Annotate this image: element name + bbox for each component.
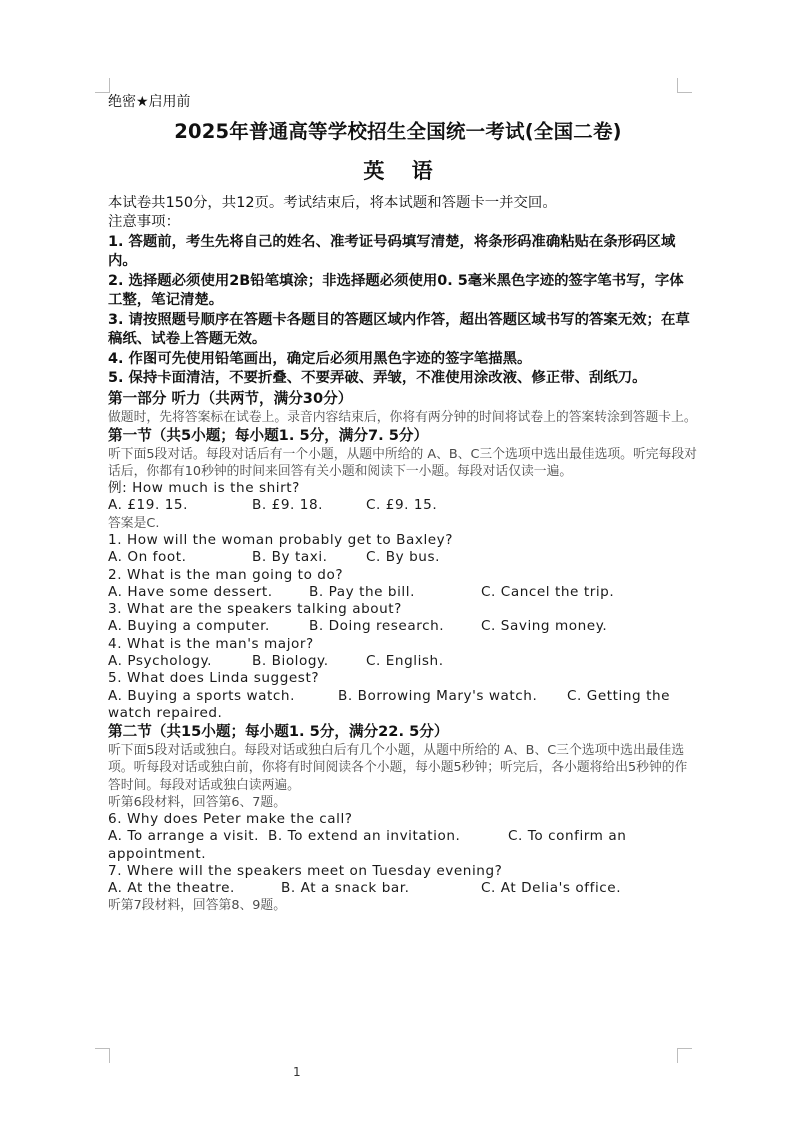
option-b: B. At a snack bar. (281, 880, 481, 897)
option-b: B. To extend an invitation. (268, 828, 508, 845)
material-6-label: 听第6段材料，回答第6、7题。 (108, 794, 698, 811)
option-a: A. Psychology. (108, 653, 252, 670)
option-c: C. At Delia's office. (481, 880, 621, 897)
option-a: A. Buying a sports watch. (108, 688, 338, 705)
question-2: 2. What is the man going to do? (108, 567, 698, 584)
section2-heading: 第二节（共15小题；每小题1. 5分，满分22. 5分） (108, 722, 698, 742)
option-a: A. On foot. (108, 549, 252, 566)
option-c: C. To confirm an (508, 828, 626, 845)
note-item: 3. 请按照题号顺序在答题卡各题目的答题区域内作答，超出答题区域书写的答案无效；… (108, 311, 698, 350)
question-5: 5. What does Linda suggest? (108, 670, 698, 687)
question-3: 3. What are the speakers talking about? (108, 601, 698, 618)
option-b: B. By taxi. (252, 549, 366, 566)
exam-title: 2025年普通高等学校招生全国统一考试(全国二卷) (98, 118, 698, 146)
option-b: B. Biology. (252, 653, 366, 670)
option-b: B. Doing research. (309, 618, 481, 635)
crop-mark-top-left (95, 78, 110, 93)
question-6: 6. Why does Peter make the call? (108, 811, 698, 828)
section1-heading: 第一节（共5小题；每小题1. 5分，满分7. 5分） (108, 426, 698, 446)
notes-heading: 注意事项： (108, 213, 698, 233)
part1-instructions: 做题时，先将答案标在试卷上。录音内容结束后，你将有两分钟的时间将试卷上的答案转涂… (108, 409, 698, 426)
option-b: B. Borrowing Mary's watch. (338, 688, 567, 705)
crop-mark-bottom-right (677, 1048, 692, 1063)
option-a: A. £19. 15. (108, 497, 252, 514)
question-5-continuation: watch repaired. (108, 705, 698, 722)
note-item: 2. 选择题必须使用2B铅笔填涂；非选择题必须使用0. 5毫米黑色字迹的签字笔书… (108, 272, 698, 311)
material-7-label: 听第7段材料，回答第8、9题。 (108, 897, 698, 914)
question-5-options: A. Buying a sports watch. B. Borrowing M… (108, 688, 698, 705)
exam-page: 绝密★启用前 2025年普通高等学校招生全国统一考试(全国二卷) 英 语 本试卷… (108, 94, 698, 915)
example-options: A. £19. 15. B. £9. 18. C. £9. 15. (108, 497, 698, 514)
option-c: C. English. (366, 653, 444, 670)
subject-title: 英 语 (108, 154, 698, 188)
intro-text: 本试卷共150分，共12页。考试结束后，将本试题和答题卡一并交回。 (108, 194, 698, 214)
option-c: C. Getting the (567, 688, 670, 705)
section1-instructions: 听下面5段对话。每段对话后有一个小题，从题中所给的 A、B、C三个选项中选出最佳… (108, 446, 698, 480)
question-6-continuation: appointment. (108, 846, 698, 863)
question-1: 1. How will the woman probably get to Ba… (108, 532, 698, 549)
question-1-options: A. On foot. B. By taxi. C. By bus. (108, 549, 698, 566)
option-c: C. £9. 15. (366, 497, 437, 514)
note-item: 4. 作图可先使用铅笔画出，确定后必须用黑色字迹的签字笔描黑。 (108, 350, 698, 370)
note-item: 5. 保持卡面清洁，不要折叠、不要弄破、弄皱，不准使用涂改液、修正带、刮纸刀。 (108, 369, 698, 389)
option-a: A. Buying a computer. (108, 618, 309, 635)
option-a: A. Have some dessert. (108, 584, 309, 601)
crop-mark-top-right (677, 78, 692, 93)
question-7-options: A. At the theatre. B. At a snack bar. C.… (108, 880, 698, 897)
option-a: A. At the theatre. (108, 880, 281, 897)
secret-mark: 绝密★启用前 (108, 94, 698, 112)
option-c: C. Cancel the trip. (481, 584, 614, 601)
question-3-options: A. Buying a computer. B. Doing research.… (108, 618, 698, 635)
question-4: 4. What is the man's major? (108, 636, 698, 653)
option-b: B. £9. 18. (252, 497, 366, 514)
option-b: B. Pay the bill. (309, 584, 481, 601)
example-answer: 答案是C. (108, 515, 698, 532)
page-number: 1 (293, 1065, 301, 1079)
section2-instructions: 听下面5段对话或独白。每段对话或独白后有几个小题，从题中所给的 A、B、C三个选… (108, 742, 698, 794)
example-question: 例: How much is the shirt? (108, 480, 698, 497)
question-2-options: A. Have some dessert. B. Pay the bill. C… (108, 584, 698, 601)
question-4-options: A. Psychology. B. Biology. C. English. (108, 653, 698, 670)
question-7: 7. Where will the speakers meet on Tuesd… (108, 863, 698, 880)
question-6-options: A. To arrange a visit. B. To extend an i… (108, 828, 698, 845)
note-item: 1. 答题前，考生先将自己的姓名、准考证号码填写清楚，将条形码准确粘贴在条形码区… (108, 233, 698, 272)
option-c: C. Saving money. (481, 618, 607, 635)
option-c: C. By bus. (366, 549, 440, 566)
crop-mark-bottom-left (95, 1048, 110, 1063)
option-a: A. To arrange a visit. (108, 828, 268, 845)
part1-heading: 第一部分 听力（共两节，满分30分） (108, 389, 698, 409)
